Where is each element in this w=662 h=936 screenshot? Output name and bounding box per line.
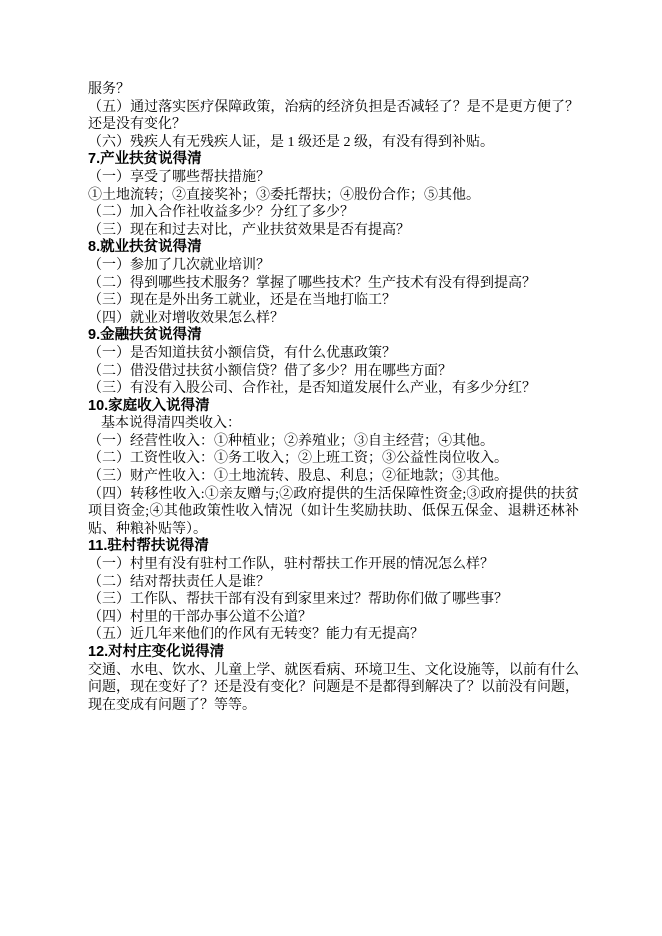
paragraph: （一）参加了几次就业培训？ (88, 257, 579, 275)
paragraph: （一）是否知道扶贫小额信贷，有什么优惠政策？ (88, 345, 579, 363)
section-heading: 7.产业扶贫说得清 (88, 151, 579, 169)
paragraph: （三）现在和过去对比，产业扶贫效果是否有提高？ (88, 222, 579, 240)
paragraph: （二）得到哪些技术服务？掌握了哪些技术？生产技术有没有得到提高？ (88, 275, 579, 293)
paragraph: （一）享受了哪些帮扶措施？ (88, 169, 579, 187)
paragraph: （四）转移性收入:①亲友赠与;②政府提供的生活保障性资金;③政府提供的扶贫项目资… (88, 486, 579, 539)
paragraph: （六）残疾人有无残疾人证，是 1 级还是 2 级，有没有得到补贴。 (88, 134, 579, 152)
paragraph: （二）工资性收入：①务工收入；②上班工资；③公益性岗位收入。 (88, 450, 579, 468)
paragraph: 服务？ (88, 81, 579, 99)
section-heading: 10.家庭收入说得清 (88, 398, 579, 416)
section-heading: 12.对村庄变化说得清 (88, 644, 579, 662)
paragraph: ①土地流转；②直接奖补；③委托帮扶；④股份合作；⑤其他。 (88, 187, 579, 205)
section-heading: 9.金融扶贫说得清 (88, 327, 579, 345)
paragraph: （四）村里的干部办事公道不公道？ (88, 609, 579, 627)
document-page: 服务？（五）通过落实医疗保障政策，治病的经济负担是否减轻了？是不是更方便了？还是… (0, 0, 662, 936)
paragraph: （三）有没有入股公司、合作社，是否知道发展什么产业，有多少分红？ (88, 380, 579, 398)
paragraph: 基本说得清四类收入： (88, 415, 579, 433)
paragraph: （二）借没借过扶贫小额信贷？借了多少？用在哪些方面？ (88, 363, 579, 381)
paragraph: （五）近几年来他们的作风有无转变？能力有无提高？ (88, 626, 579, 644)
paragraph: （五）通过落实医疗保障政策，治病的经济负担是否减轻了？是不是更方便了？还是没有变… (88, 99, 579, 134)
paragraph: （一）经营性收入：①种植业；②养殖业；③自主经营；④其他。 (88, 433, 579, 451)
paragraph: （二）结对帮扶责任人是谁？ (88, 574, 579, 592)
paragraph: （二）加入合作社收益多少？分红了多少？ (88, 204, 579, 222)
section-heading: 8.就业扶贫说得清 (88, 239, 579, 257)
document-content: 服务？（五）通过落实医疗保障政策，治病的经济负担是否减轻了？是不是更方便了？还是… (88, 81, 579, 714)
paragraph: （四）就业对增收效果怎么样？ (88, 310, 579, 328)
paragraph: （三）现在是外出务工就业，还是在当地打临工？ (88, 292, 579, 310)
paragraph: 交通、水电、饮水、儿童上学、就医看病、环境卫生、文化设施等，以前有什么问题，现在… (88, 662, 579, 715)
paragraph: （三）财产性收入：①土地流转、股息、利息；②征地款；③其他。 (88, 468, 579, 486)
paragraph: （一）村里有没有驻村工作队，驻村帮扶工作开展的情况怎么样？ (88, 556, 579, 574)
paragraph: （三）工作队、帮扶干部有没有到家里来过？帮助你们做了哪些事？ (88, 591, 579, 609)
section-heading: 11.驻村帮扶说得清 (88, 538, 579, 556)
